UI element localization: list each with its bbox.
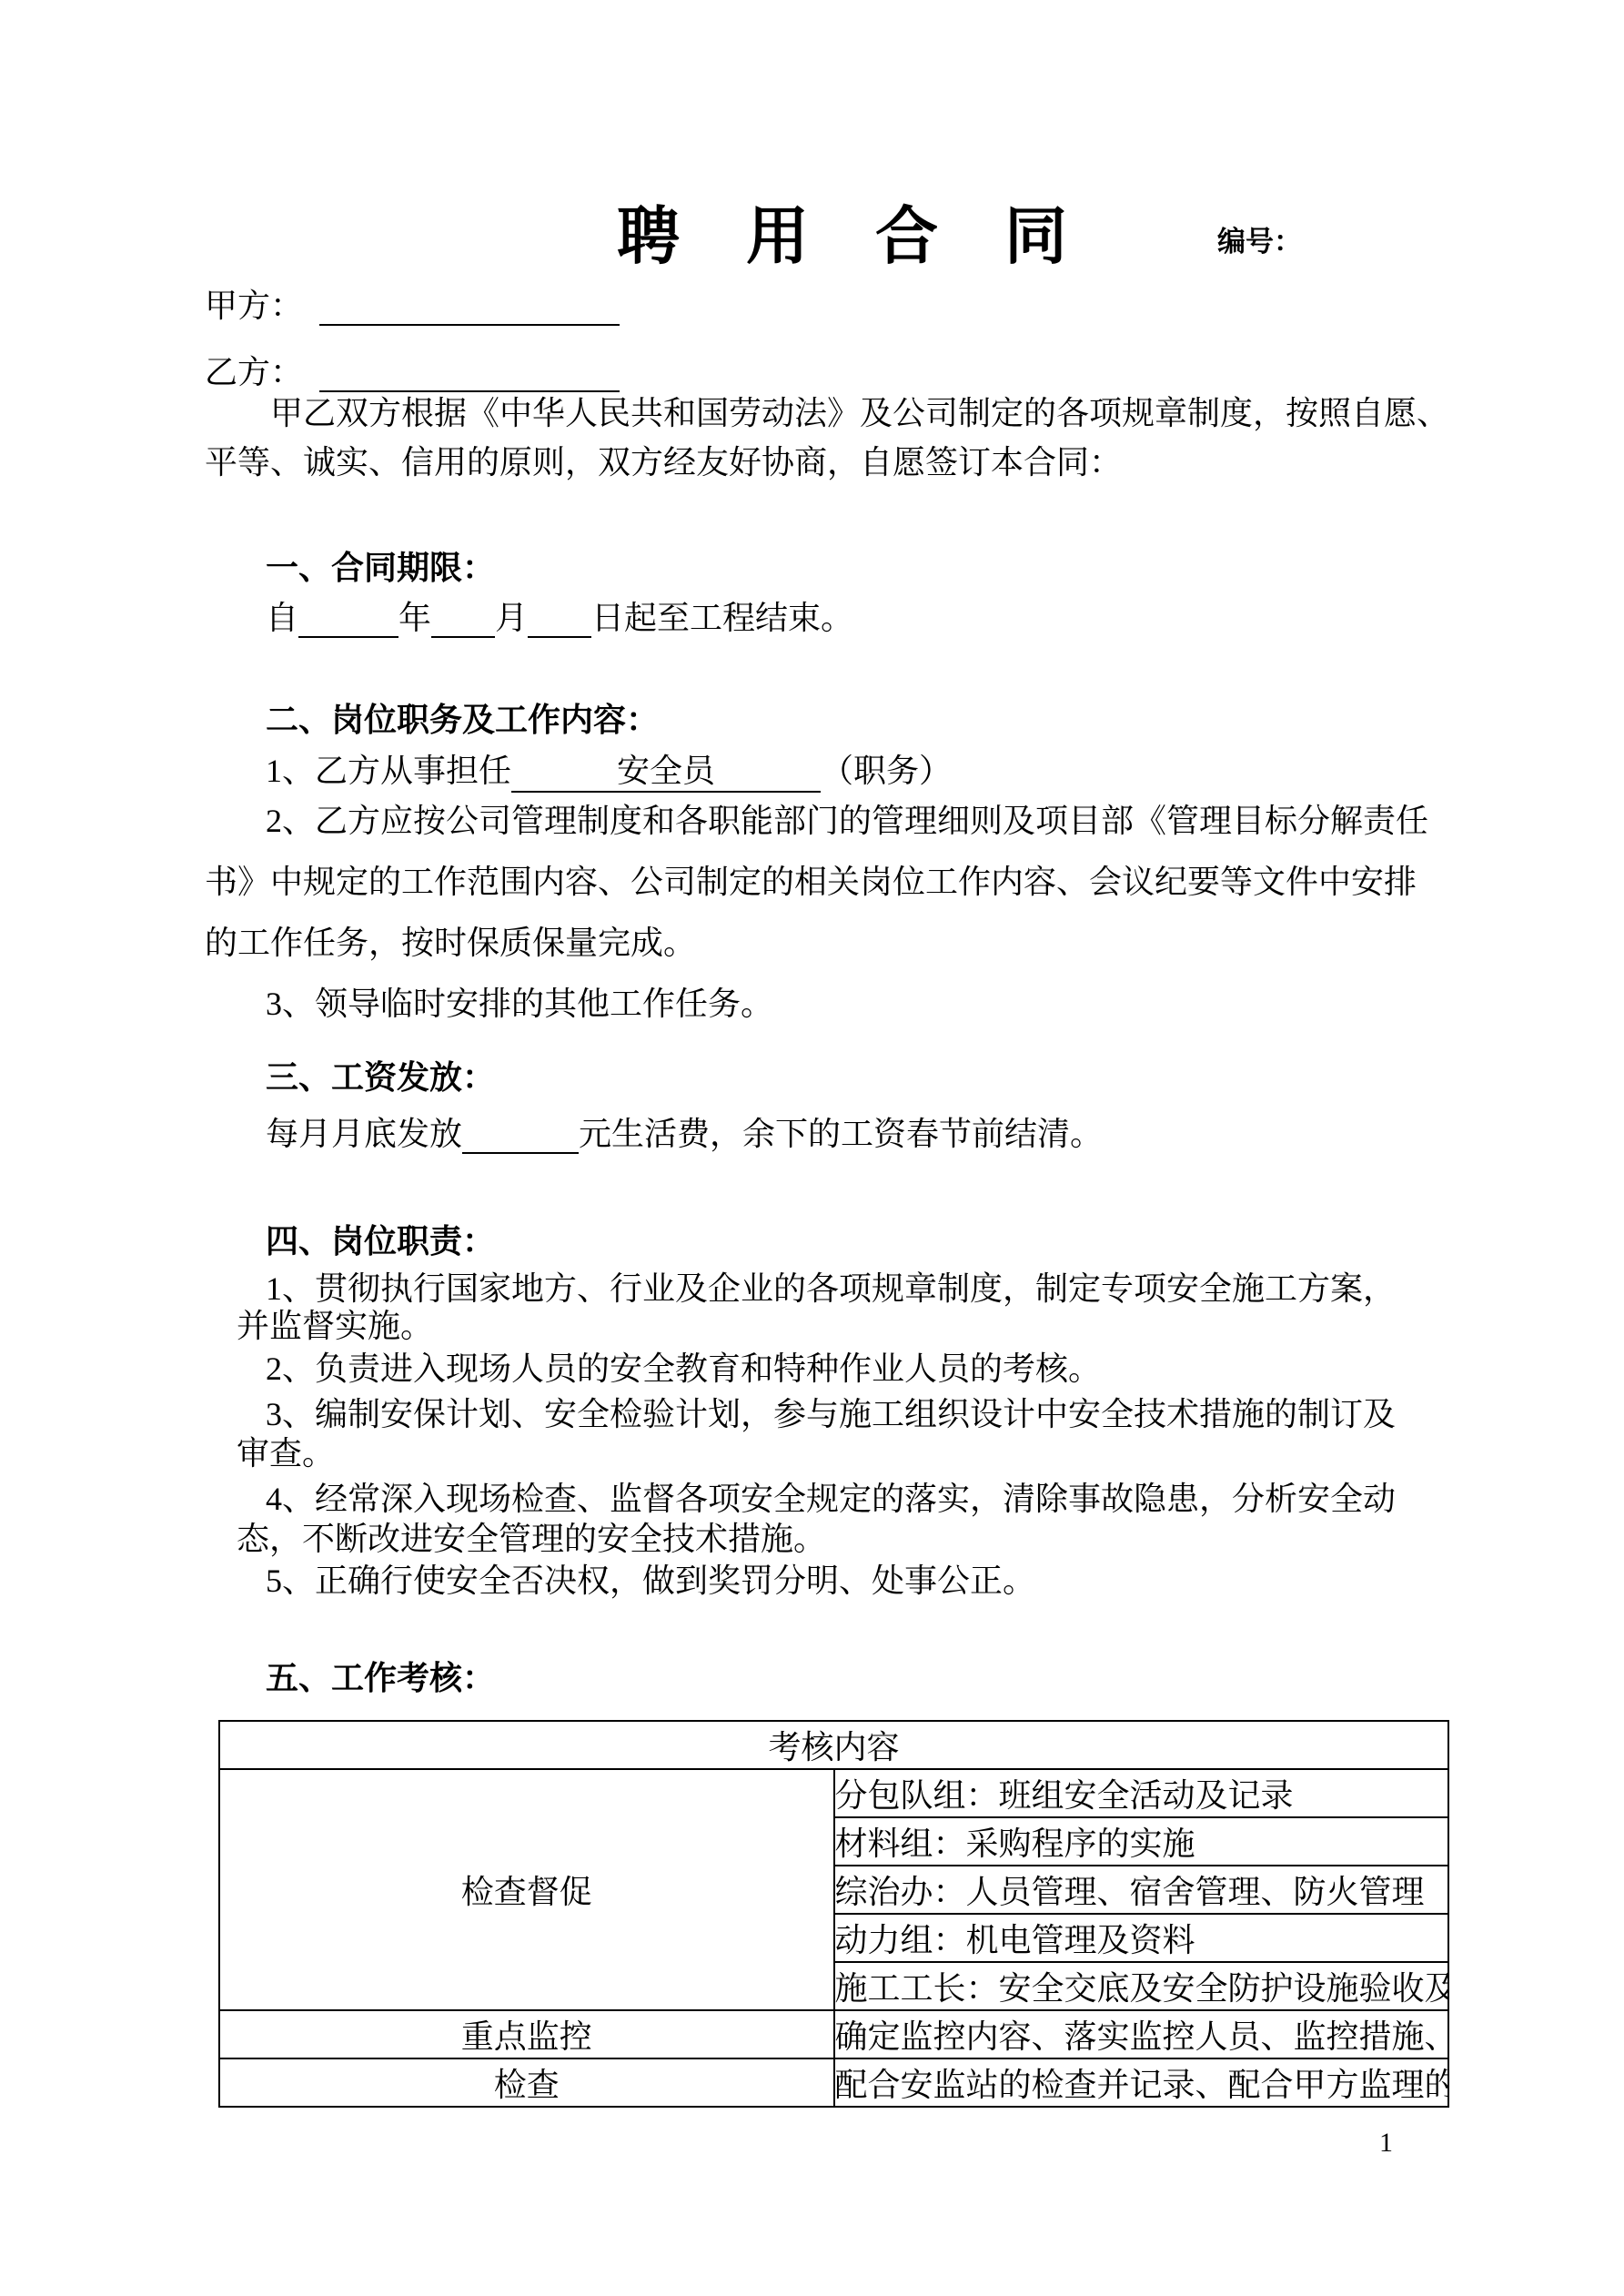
duration-month-blank [431,600,495,638]
contract-title: 聘 用 合 同 [617,202,1069,271]
preamble-line-1: 甲乙双方根据《中华人民共和国劳动法》及公司制定的各项规章制度，按照自愿、 [270,393,1449,433]
section5-heading: 五、工作考核： [266,1658,495,1698]
position-prefix: 1、乙方从事担任 [266,753,511,789]
group-supervision-label: 检查督促 [219,1769,834,2010]
section2-item2-line-1: 2、乙方应按公司管理制度和各职能部门的管理细则及项目部《管理目标分解责任 [266,801,1428,841]
page-number: 1 [1379,2128,1393,2159]
party-b-blank [319,354,620,392]
position-blank-value: 安全员 [511,751,821,793]
section3-heading: 三、工资发放： [266,1057,495,1097]
contract-document-page: 聘 用 合 同 编号： 甲方： 乙方： 甲乙双方根据《中华人民共和国劳动法》及公… [0,0,1624,2296]
section1-heading: 一、合同期限： [266,548,495,588]
section2-item3-line: 3、领导临时安排的其他工作任务。 [266,984,773,1024]
party-a-line: 甲方： [205,286,620,326]
section4-item1-line-2: 并监督实施。 [237,1306,433,1346]
focus-monitoring-value: 确定监控内容、落实监控人员、监控措施、监控记录 [834,2010,1449,2058]
supervision-item-foreman: 施工工长：安全交底及安全防护设施验收及交接验收 [834,1962,1449,2010]
serial-number-label: 编号： [1217,226,1302,258]
salary-prefix: 每月月底发放 [266,1116,462,1152]
duration-year-suffix: 年 [398,600,431,636]
section4-item2-line: 2、负责进入现场人员的安全教育和特种作业人员的考核。 [266,1349,1101,1389]
preamble-line-2: 平等、诚实、信用的原则，双方经友好协商，自愿签订本合同： [205,442,1122,482]
section4-heading: 四、岗位职责： [266,1221,495,1261]
duration-day-suffix: 日起至工程结束。 [591,600,853,636]
contract-duration-line: 自年月日起至工程结束。 [266,598,853,638]
section4-item4-line-2: 态，不断改进安全管理的安全技术措施。 [237,1519,826,1559]
section2-item2-line-2: 书》中规定的工作范围内容、公司制定的相关岗位工作内容、会议纪要等文件中安排 [205,862,1417,902]
supervision-item-material: 材料组：采购程序的实施 [834,1817,1449,1866]
focus-monitoring-label: 重点监控 [219,2010,834,2058]
inspection-label: 检查 [219,2058,834,2107]
party-b-line: 乙方： [205,352,620,392]
section2-item1-line: 1、乙方从事担任安全员（职务） [266,751,952,793]
supervision-item-admin: 综治办：人员管理、宿舍管理、防火管理 [834,1866,1449,1914]
table-header-cell: 考核内容 [219,1721,1448,1769]
table-row: 重点监控 确定监控内容、落实监控人员、监控措施、监控记录 [219,2010,1448,2058]
duration-day-blank [528,600,591,638]
section4-item4-line-1: 4、经常深入现场检查、监督各项安全规定的落实，清除事故隐患，分析安全动 [266,1479,1396,1519]
salary-line: 每月月底发放元生活费，余下的工资春节前结清。 [266,1114,1103,1154]
table-row: 检查 配合安监站的检查并记录、配合甲方监理的检查并记录、配合分公司的 [219,2058,1448,2107]
table-row: 检查督促 分包队组：班组安全活动及记录 [219,1769,1448,1817]
table-header-row: 考核内容 [219,1721,1448,1769]
duration-year-blank [298,600,398,638]
inspection-value: 配合安监站的检查并记录、配合甲方监理的检查并记录、配合分公司的 [834,2058,1449,2107]
assessment-table: 考核内容 检查督促 分包队组：班组安全活动及记录 材料组：采购程序的实施 综治办… [218,1720,1449,2108]
section4-item3-line-2: 审查。 [237,1433,335,1473]
section2-heading: 二、岗位职务及工作内容： [266,700,659,740]
section4-item5-line: 5、正确行使安全否决权，做到奖罚分明、处事公正。 [266,1561,1035,1601]
party-b-label: 乙方： [205,354,303,390]
party-a-label: 甲方： [205,288,303,324]
duration-prefix: 自 [266,600,298,636]
supervision-item-subcontract: 分包队组：班组安全活动及记录 [834,1769,1449,1817]
supervision-item-power: 动力组：机电管理及资料 [834,1914,1449,1962]
position-suffix: （职务） [821,753,952,789]
party-a-blank [319,288,620,326]
salary-amount-blank [462,1116,579,1154]
duration-month-suffix: 月 [495,600,528,636]
section2-item2-line-3: 的工作任务，按时保质保量完成。 [205,923,696,963]
salary-suffix: 元生活费，余下的工资春节前结清。 [579,1116,1103,1152]
section4-item1-line-1: 1、贯彻执行国家地方、行业及企业的各项规章制度，制定专项安全施工方案， [266,1269,1396,1309]
section4-item3-line-1: 3、编制安保计划、安全检验计划，参与施工组织设计中安全技术措施的制订及 [266,1394,1396,1434]
